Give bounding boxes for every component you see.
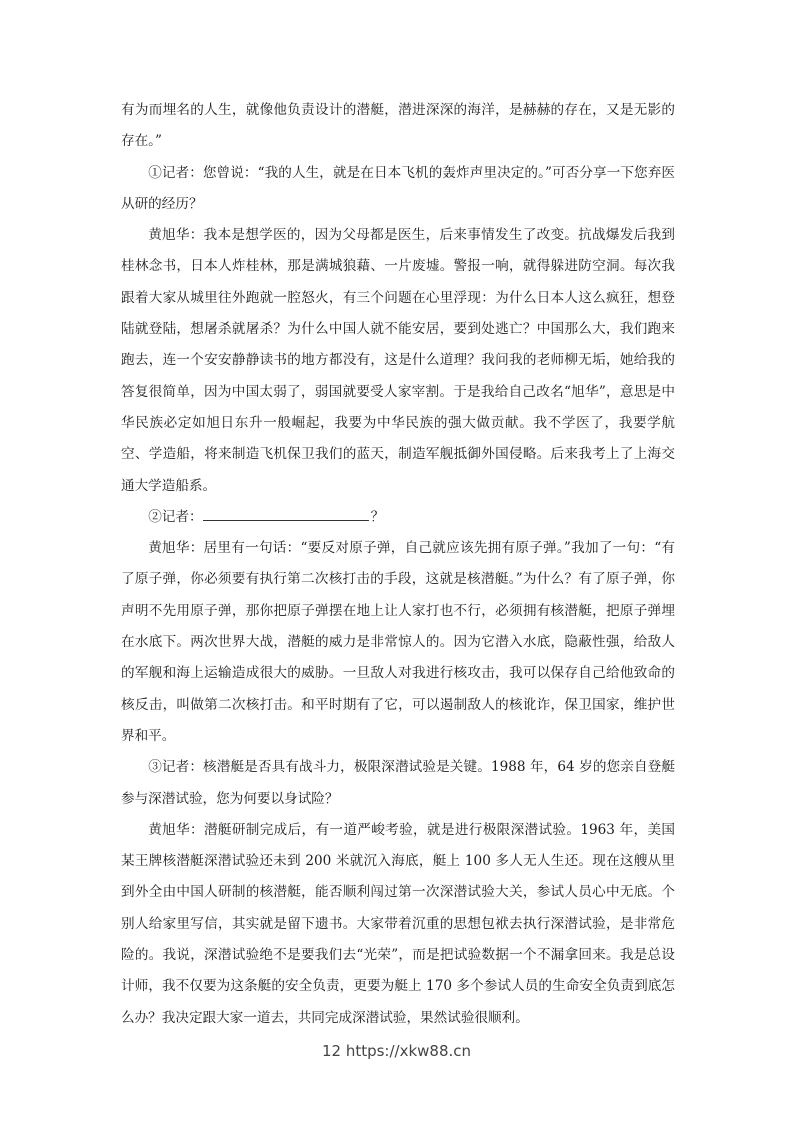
answer-2: 黄旭华：居里有一句话：“要反对原子弹，自己就应该先拥有原子弹。”我加了一句：“有… bbox=[121, 533, 675, 752]
document-body: 有为而埋名的人生，就像他负责设计的潜艇，潜进深深的海洋，是赫赫的存在，又是无影的… bbox=[121, 95, 675, 1034]
footer-text: 12 https://xkw88.cn bbox=[322, 1042, 471, 1060]
question-2-suffix: ？ bbox=[371, 509, 385, 525]
answer-3: 黄旭华：潜艇研制完成后，有一道严峻考验，就是进行极限深潜试验。1963 年，美国… bbox=[121, 815, 675, 1034]
paragraph-intro-ending: 有为而埋名的人生，就像他负责设计的潜艇，潜进深深的海洋，是赫赫的存在，又是无影的… bbox=[121, 95, 675, 158]
question-2: ②记者：？ bbox=[121, 502, 675, 533]
page-footer: 12 https://xkw88.cn bbox=[0, 1042, 793, 1060]
question-3: ③记者：核潜艇是否具有战斗力，极限深潜试验是关键。1988 年，64 岁的您亲自… bbox=[121, 752, 675, 815]
question-1: ①记者：您曾说：“我的人生，就是在日本飞机的轰炸声里决定的。”可否分享一下您弃医… bbox=[121, 158, 675, 221]
fill-in-blank[interactable] bbox=[203, 506, 369, 521]
question-2-prefix: ②记者： bbox=[148, 509, 202, 525]
answer-1: 黄旭华：我本是想学医的，因为父母都是医生，后来事情发生了改变。抗战爆发后我到桂林… bbox=[121, 220, 675, 502]
